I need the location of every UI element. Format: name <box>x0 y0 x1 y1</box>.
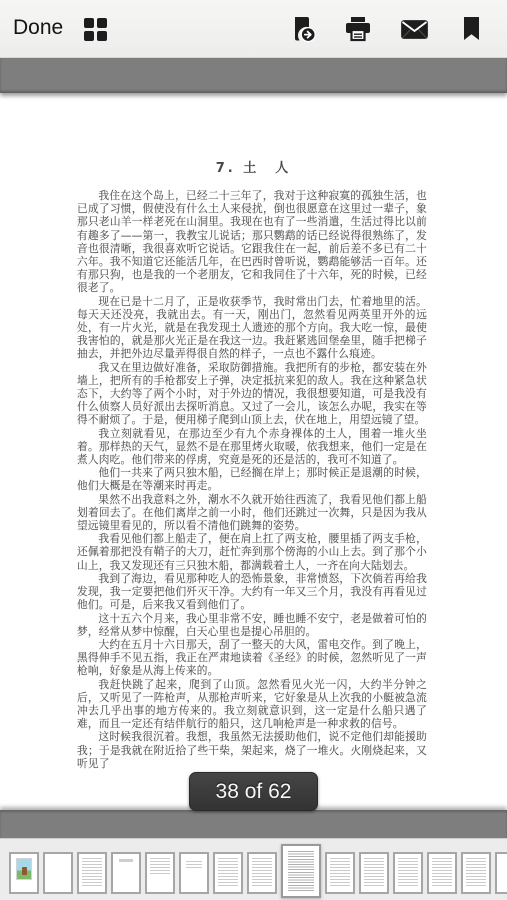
paragraph: 我赶快跳了起来，爬到了山顶。忽然看见火光一闪，大约半分钟之后，又听见了一阵枪声，… <box>77 678 427 731</box>
thumbnail-selected[interactable] <box>281 844 321 898</box>
paragraph: 我看见他们都上船走了，便在肩上扛了两支枪，腰里插了两支手枪，还佩着那把没有鞘子的… <box>77 532 427 572</box>
thumbnail-text-lines <box>364 858 384 888</box>
page-indicator-badge: 38 of 62 <box>189 772 318 811</box>
paragraph: 大约在五月十六日那天，刮了一整天的大风，雷电交作。到了晚上，黑得伸手不见五指，我… <box>77 638 427 678</box>
paragraph: 他们一共来了两只独木船，已经搁在岸上；那时候正是退潮的时候，他们大概是在等潮来时… <box>77 466 427 492</box>
thumbnail-line[interactable] <box>111 852 141 894</box>
thumbnail-text[interactable] <box>325 852 355 894</box>
thumbnail-text-lines <box>398 858 418 888</box>
bottom-shadow-band <box>0 810 507 838</box>
thumbnail-lines[interactable] <box>179 852 209 894</box>
export-icon <box>291 16 316 43</box>
page-indicator-label: 38 of 62 <box>216 780 292 804</box>
thumbnail-strip[interactable] <box>0 838 507 900</box>
paragraph: 我立刻就看见，在那边至少有九个赤身裸体的土人，围着一堆火坐着。那样热的天气，显然… <box>77 427 427 467</box>
thumbnail-text[interactable] <box>213 852 243 894</box>
thumbnail-text-lines <box>150 858 170 874</box>
print-button[interactable] <box>344 15 372 43</box>
thumbnail-text-lines <box>218 858 238 888</box>
print-icon <box>345 17 371 42</box>
grid-icon <box>84 18 107 41</box>
thumbnail-blank[interactable] <box>43 852 73 894</box>
document-text: 我住在这个岛上，已经二十三年了，我对于这种寂寞的孤独生活，也已成了习惯，假使没有… <box>77 189 427 770</box>
thumbnail-blank[interactable] <box>495 852 507 894</box>
paragraph: 果然不出我意料之外，潮水不久就开始往西流了，我看见他们都上船划着回去了。在他们离… <box>77 493 427 533</box>
paragraph: 现在已是十二月了，正是收获季节，我时常出门去，忙着地里的活。每天天还没亮，我就出… <box>77 295 427 361</box>
cover-illustration <box>16 858 32 880</box>
paragraph: 我住在这个岛上，已经二十三年了，我对于这种寂寞的孤独生活，也已成了习惯，假使没有… <box>77 189 427 295</box>
thumbnail-text[interactable] <box>247 852 277 894</box>
paragraph: 我到了海边，看见那种吃人的恐怖景象，非常愤怒，下次倘若再给我发现，我一定要把他们… <box>77 572 427 612</box>
cover-figure <box>22 867 27 875</box>
thumbnail-text[interactable] <box>359 852 389 894</box>
thumbnail-grid-button[interactable] <box>81 15 109 43</box>
thumbnail-text-lines <box>252 858 272 888</box>
document-page[interactable]: 7. 土 人 我住在这个岛上，已经二十三年了，我对于这种寂寞的孤独生活，也已成了… <box>0 93 507 810</box>
thumbnail-text[interactable] <box>393 852 423 894</box>
paragraph: 我又在里边做好准备，采取防御措施。我把所有的步枪，都安装在外墙上，把所有的手枪都… <box>77 361 427 427</box>
thumbnail-text[interactable] <box>77 852 107 894</box>
thumbnail-text-lines <box>82 858 102 888</box>
done-button[interactable]: Done <box>13 16 63 40</box>
thumbnail-texttop[interactable] <box>145 852 175 894</box>
thumbnail-text-lines <box>288 851 314 891</box>
mail-icon <box>401 20 428 39</box>
thumbnail-text-lines <box>432 858 452 888</box>
thumbnail-cover[interactable] <box>9 852 39 894</box>
top-shadow-band <box>0 58 507 93</box>
top-toolbar: Done <box>0 0 507 58</box>
thumbnail-text-lines <box>466 858 486 888</box>
paragraph: 这时候我很沉着。我想，我虽然无法援助他们，说不定他们却能援助我；于是我就在附近拾… <box>77 730 427 770</box>
export-button[interactable] <box>289 15 317 43</box>
mail-button[interactable] <box>400 15 428 43</box>
bookmark-icon <box>463 17 480 41</box>
thumbnail-text[interactable] <box>427 852 457 894</box>
thumbnail-text-lines <box>186 861 202 870</box>
chapter-title: 7. 土 人 <box>0 157 507 176</box>
bookmark-button[interactable] <box>457 15 485 43</box>
thumbnail-text[interactable] <box>461 852 491 894</box>
thumbnail-text-lines <box>330 858 350 888</box>
thumbnail-text-lines <box>119 859 133 862</box>
paragraph: 这十五六个月来，我心里非常不安，睡也睡不安宁，老是做着可怕的梦，经常从梦中惊醒，… <box>77 612 427 638</box>
